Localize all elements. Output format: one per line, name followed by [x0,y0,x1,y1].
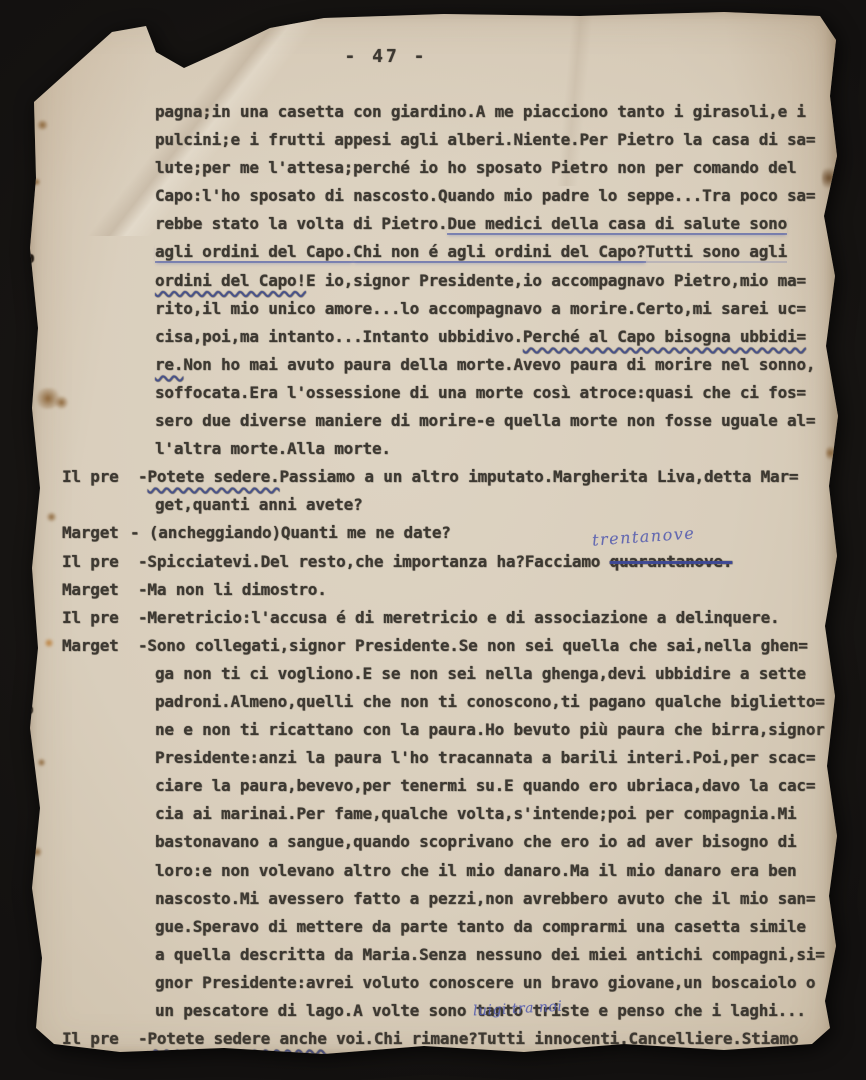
stain-mark [44,638,54,648]
scanned-page-wrap: - 47 - pagna;in una casetta con giardino… [24,6,840,1062]
speaker-label: Marget [62,580,119,599]
typed-line: Il pre-Potete sedere.Passiamo a un altro… [62,467,838,495]
typed-line: pagna;in una casetta con giardino.A me p… [62,102,838,130]
page-number: - 47 - [0,46,794,67]
typed-text: -Spicciatevi.Del resto,che importanza ha… [138,552,732,571]
typed-line: Marget- (ancheggiando)Quanti me ne date? [62,523,838,551]
typed-line: loro:e non volevano altro che il mio dan… [62,861,838,889]
typed-text: -Potete sedere.Passiamo a un altro imput… [138,467,798,486]
stain-mark [46,512,57,522]
typed-text: -Sono collegati,signor Presidente.Se non… [138,636,808,655]
punch-hole [26,254,34,263]
typed-line: Capo:l'ho sposato di nascosto.Quando mio… [62,186,838,214]
typed-text: ne e non ti ricattano con la paura.Ho be… [155,720,825,739]
typed-line: sero due diverse maniere di morire-e que… [62,411,838,439]
pen-underlined-text: Due medici della casa di salute sono [447,214,787,233]
typed-text: lute;per me l'attesa;perché io ho sposat… [155,158,796,177]
typed-text: gue.Speravo di mettere da parte tanto da… [155,917,806,936]
stain-mark [36,120,49,130]
typed-line: ne e non ti ricattano con la paura.Ho be… [62,720,838,748]
typed-text: rebbe stato la volta di Pietro.Due medic… [155,214,787,233]
typed-text: Capo:l'ho sposato di nascosto.Quando mio… [155,186,815,205]
typed-text: re.Non ho mai avuto paura della morte.Av… [155,355,815,374]
punch-hole [28,778,33,784]
punch-hole [27,524,33,530]
typed-text: bastonavano a sangue,quando scoprivano c… [155,832,796,851]
speaker-label: Il pre [62,1029,119,1048]
typed-line: bastonavano a sangue,quando scoprivano c… [62,832,838,860]
typed-line: Presidente:anzi la paura l'ho tracannata… [62,748,838,776]
pen-underlined-text: Perché al Capo bisogna ubbidi= [523,327,806,346]
struck-through-word: quarantanove. [610,552,733,571]
stain-mark [32,846,42,858]
typed-text: sero due diverse maniere di morire-e que… [155,411,815,430]
typed-line: padroni.Almeno,quelli che non ti conosco… [62,692,838,720]
typed-line: cia ai marinai.Per fame,qualche volta,s'… [62,804,838,832]
pen-underlined-text: re. [155,355,183,374]
typed-text: gnor Presidente:avrei voluto conoscere u… [155,973,815,992]
pen-underlined-text: agli ordini del Capo. [155,242,353,261]
typed-line: ciare la paura,bevevo,per tenermi su.E q… [62,776,838,804]
typed-text: - (ancheggiando)Quanti me ne date? [130,523,451,542]
typed-line: Il pre-Meretricio:l'accusa é di meretric… [62,608,838,636]
pen-underlined-text: Potete sedere. [147,467,279,486]
typed-line: rito,il mio unico amore...lo accompagnav… [62,299,838,327]
typed-line: agli ordini del Capo.Chi non é agli ordi… [62,242,838,270]
typed-text: Presidente:anzi la paura l'ho tracannata… [155,748,815,767]
typed-line: ordini del Capo!E io,signor Presidente,i… [62,271,838,299]
typed-line: pulcini;e i frutti appesi agli alberi.Ni… [62,130,838,158]
typed-line: Il pre-Spicciatevi.Del resto,che importa… [62,552,838,580]
speaker-label: Marget [62,636,119,655]
stain-mark [28,952,40,962]
speaker-label: Il pre [62,608,119,627]
typed-text: get,quanti anni avete? [155,495,363,514]
typed-text: soffocata.Era l'ossessione di una morte … [155,383,806,402]
typed-text: a quella descritta da Maria.Senza nessun… [155,945,825,964]
typed-text: -Potete sedere anche voi.Chi rimane?Tutt… [138,1029,798,1048]
typed-line: un pescatore di lago.A volte sono tanto … [62,1001,838,1029]
typewritten-page: - 47 - pagna;in una casetta con giardino… [24,6,840,1062]
typed-line: re.Non ho mai avuto paura della morte.Av… [62,355,838,383]
speaker-label: Marget [62,523,119,542]
typed-line: cisa,poi,ma intanto...Intanto ubbidivo.P… [62,327,838,355]
pen-underlined-text: Chi non é agli ordini del Capo? [353,242,645,261]
typed-text: pagna;in una casetta con giardino.A me p… [155,102,806,121]
typed-text: loro:e non volevano altro che il mio dan… [155,861,796,880]
typed-line: l'altra morte.Alla morte. [62,439,838,467]
typed-line: nascosto.Mi avessero fatto a pezzi,non a… [62,889,838,917]
stain-mark [32,178,41,186]
typed-lines: pagna;in una casetta con giardino.A me p… [62,102,838,1057]
stain-mark [34,388,62,409]
typed-line: ga non ti ci vogliono.E se non sei nella… [62,664,838,692]
typed-line: Marget-Ma non li dimostro. [62,580,838,608]
punch-hole [25,458,32,466]
typed-line: lute;per me l'attesa;perché io ho sposat… [62,158,838,186]
typed-line: gue.Speravo di mettere da parte tanto da… [62,917,838,945]
punch-hole [26,706,33,714]
typed-line: Marget-Sono collegati,signor Presidente.… [62,636,838,664]
speaker-label: Il pre [62,552,119,571]
speaker-label: Il pre [62,467,119,486]
stain-mark [37,758,46,767]
typed-text: cia ai marinai.Per fame,qualche volta,s'… [155,804,796,823]
pen-underlined-text: Tutti sono agli [646,242,788,261]
typed-text: l'altra morte.Alla morte. [155,439,391,458]
typed-text: pulcini;e i frutti appesi agli alberi.Ni… [155,130,815,149]
typed-line: gnor Presidente:avrei voluto conoscere u… [62,973,838,1001]
stain-mark [30,1030,39,1038]
punch-hole [28,336,34,343]
typed-text: cisa,poi,ma intanto...Intanto ubbidivo.P… [155,327,806,346]
typed-line: rebbe stato la volta di Pietro.Due medic… [62,214,838,242]
typed-text: agli ordini del Capo.Chi non é agli ordi… [155,242,787,261]
typed-line: get,quanti anni avete? [62,495,838,523]
pen-underlined-text: Potete sedere anche [147,1029,326,1048]
typed-line: a quella descritta da Maria.Senza nessun… [62,945,838,973]
typed-text: ga non ti ci vogliono.E se non sei nella… [155,664,806,683]
typed-line: Il pre-Potete sedere anche voi.Chi riman… [62,1029,838,1057]
typed-text: ordini del Capo!E io,signor Presidente,i… [155,271,806,290]
typed-text: rito,il mio unico amore...lo accompagnav… [155,299,806,318]
typed-line: soffocata.Era l'ossessione di una morte … [62,383,838,411]
typed-text: -Ma non li dimostro. [138,580,327,599]
photo-background: - 47 - pagna;in una casetta con giardino… [0,0,866,1080]
typed-text: padroni.Almeno,quelli che non ti conosco… [155,692,825,711]
typed-text: ciare la paura,bevevo,per tenermi su.E q… [155,776,815,795]
typed-text: nascosto.Mi avessero fatto a pezzi,non a… [155,889,815,908]
pen-underlined-text: ordini del Capo! [155,271,306,290]
typed-text: un pescatore di lago.A volte sono tanto … [155,1001,806,1020]
typed-text: -Meretricio:l'accusa é di meretricio e d… [138,608,779,627]
